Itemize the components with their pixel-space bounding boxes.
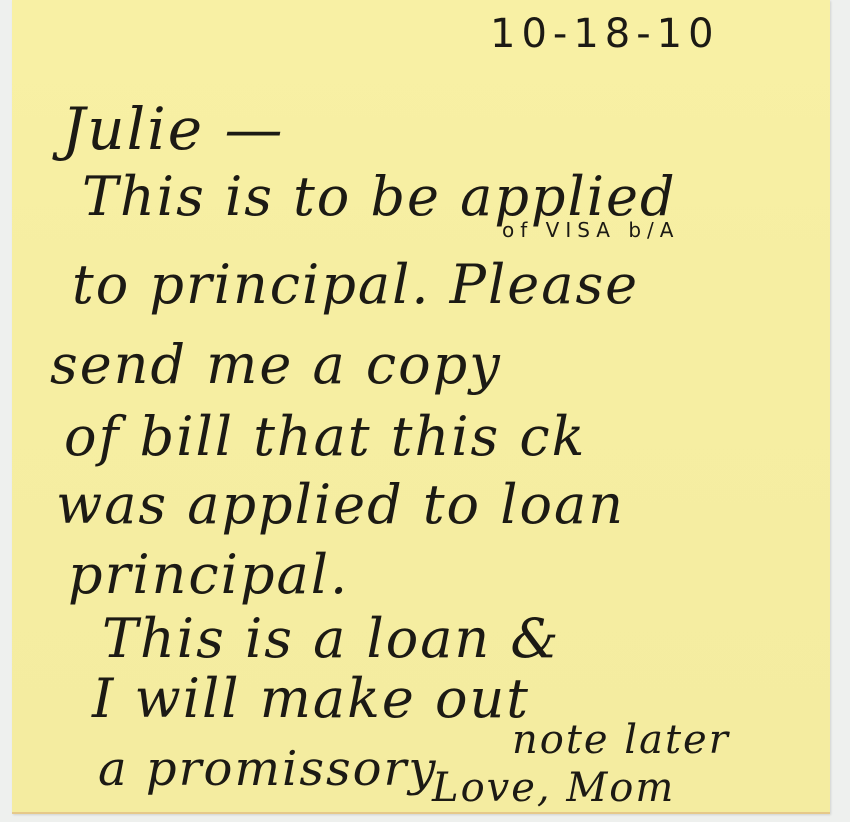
note-line: was applied to loan <box>56 478 625 532</box>
note-line: I will make out <box>92 672 530 726</box>
note-line: principal. <box>68 548 349 602</box>
insertion-text: of VISA b/A <box>502 220 679 240</box>
continuation-text: note later <box>512 720 730 760</box>
note-line: This is a loan & <box>102 612 560 666</box>
sticky-note: 10-18-10 Julie — This is to be applied o… <box>12 0 830 814</box>
note-line: to principal. Please <box>72 258 639 312</box>
salutation: Julie — <box>62 100 284 158</box>
note-line: This is to be applied <box>82 170 677 224</box>
note-line: of bill that this ck <box>64 410 586 464</box>
note-date: 10-18-10 <box>490 14 720 54</box>
signature: Love, Mom <box>432 768 675 808</box>
note-line: a promissory <box>98 745 438 793</box>
note-line: send me a copy <box>50 338 502 392</box>
